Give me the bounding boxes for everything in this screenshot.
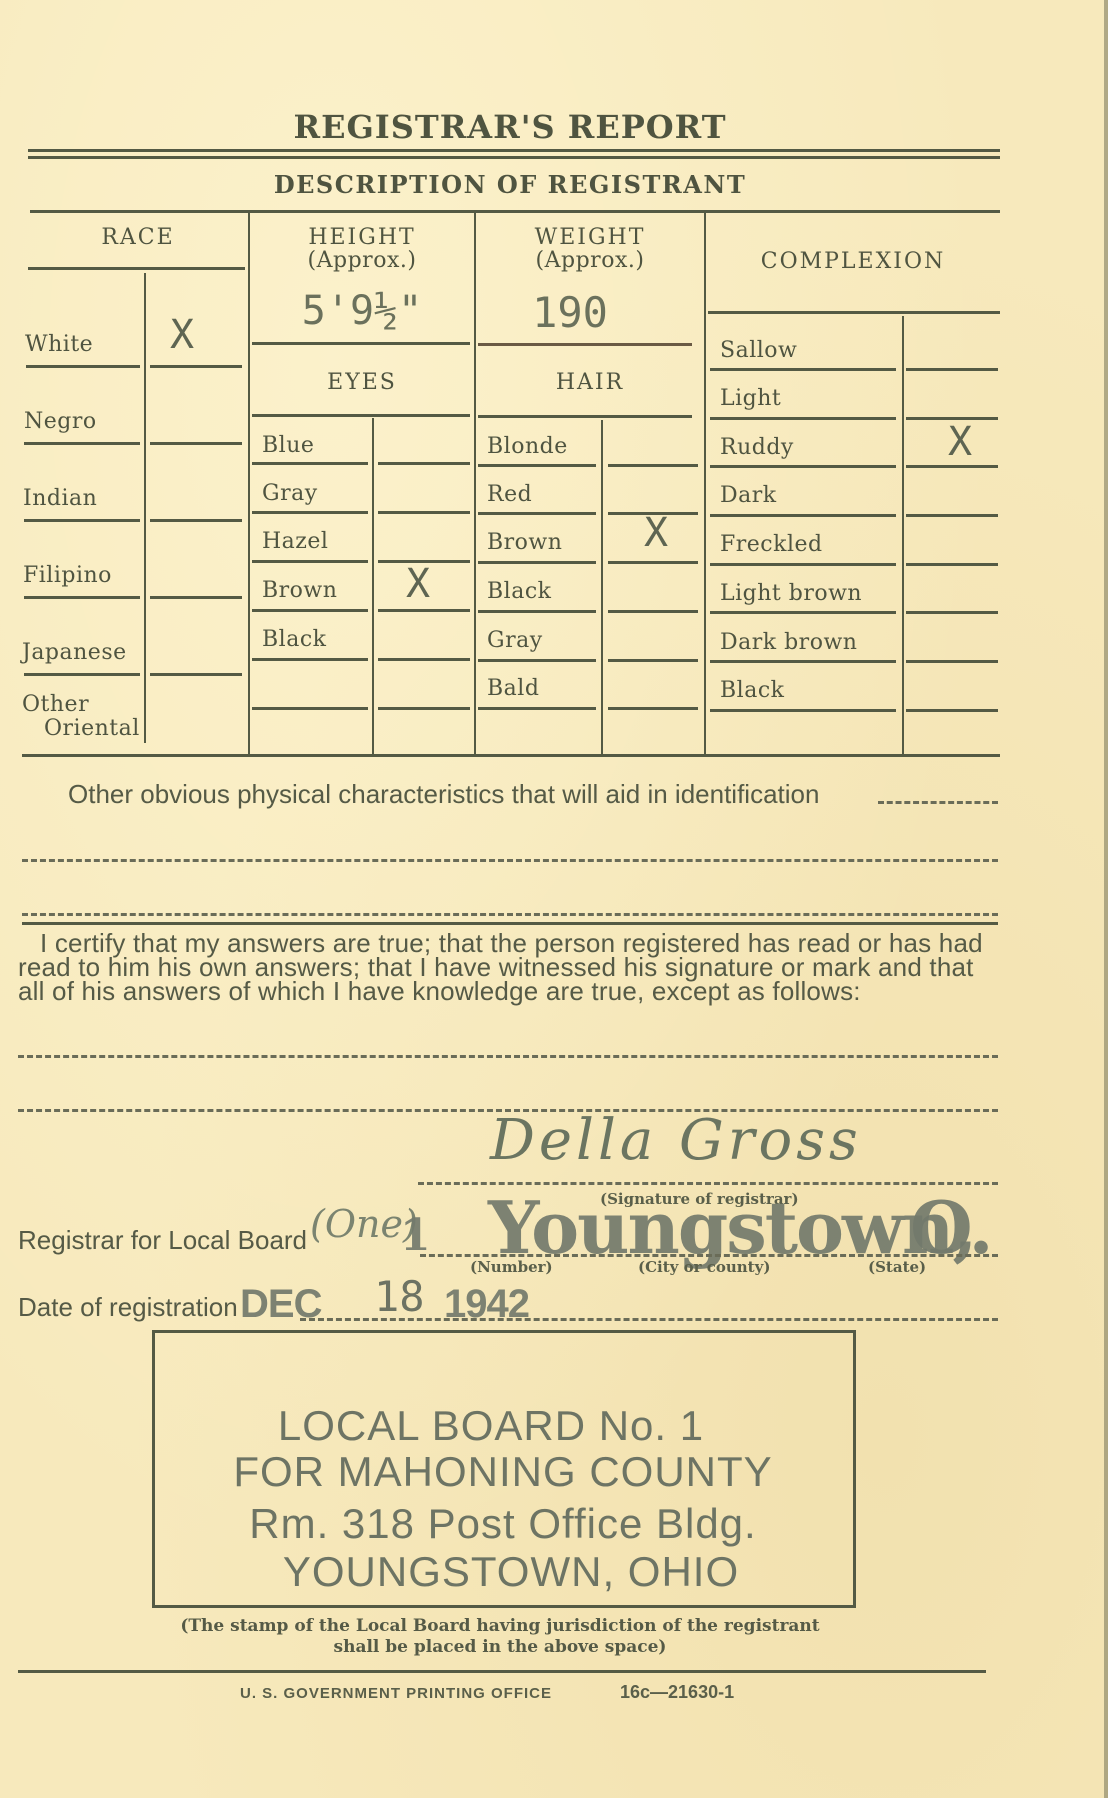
race-filipino-label: Filipino	[23, 563, 112, 588]
hair-row-rule	[478, 610, 596, 613]
complexion-ruddy-label: Ruddy	[720, 435, 794, 460]
hair-red-label: Red	[487, 482, 532, 507]
stamp-line-3: Rm. 318 Post Office Bldg.	[152, 1500, 854, 1548]
hair-row-rule	[478, 659, 596, 662]
eyes-brown-label: Brown	[262, 578, 337, 603]
weight-approx-label: (Approx.)	[476, 249, 704, 273]
complexion-sallow-label: Sallow	[720, 338, 797, 363]
other-characteristics-line-2[interactable]	[22, 859, 998, 862]
eyes-gray-label: Gray	[262, 481, 318, 506]
race-header-rule	[28, 267, 245, 270]
title-double-rule-top	[28, 149, 1000, 152]
local-board-label: Registrar for Local Board	[18, 1225, 307, 1256]
complexion-row-rule	[906, 660, 998, 663]
race-row-rule	[150, 673, 242, 676]
section-title: DESCRIPTION OF REGISTRANT	[0, 170, 1020, 199]
complexion-row-rule	[710, 368, 896, 371]
weight-value-rule	[478, 343, 692, 346]
hair-row-rule	[608, 464, 698, 467]
complexion-row-rule	[906, 368, 998, 371]
complexion-inner-divider	[902, 316, 904, 754]
hair-row-rule	[608, 561, 698, 564]
registration-date-day[interactable]: 18	[374, 1272, 425, 1321]
hair-inner-divider	[601, 420, 603, 754]
race-other-oriental-label-line1: Other	[22, 692, 89, 717]
complexion-dark-label: Dark	[720, 483, 777, 508]
complexion-row-rule	[710, 611, 896, 614]
eyes-row-rule	[252, 609, 368, 612]
stamp-caption-1: (The stamp of the Local Board having jur…	[0, 1616, 1000, 1636]
hair-row-rule	[608, 707, 698, 710]
exceptions-line-1[interactable]	[18, 1055, 998, 1058]
hair-row-rule	[478, 464, 596, 467]
complexion-row-rule	[906, 465, 998, 468]
race-row-rule	[150, 596, 242, 599]
other-characteristics-label: Other obvious physical characteristics t…	[68, 779, 819, 810]
weight-header: WEIGHT	[476, 226, 704, 250]
weight-value[interactable]: 190	[490, 288, 650, 337]
caption-city: (City or county)	[638, 1258, 770, 1276]
eyes-header-rule	[252, 414, 470, 417]
table-top-rule	[30, 210, 1000, 213]
hair-gray-label: Gray	[487, 628, 543, 653]
hair-row-rule	[608, 659, 698, 662]
hair-header-rule	[478, 415, 692, 418]
stamp-line-4: YOUNGSTOWN, OHIO	[160, 1548, 862, 1596]
race-inner-divider	[144, 273, 146, 743]
hair-row-rule	[478, 561, 596, 564]
race-row-rule	[24, 596, 140, 599]
hair-bald-label: Bald	[487, 676, 539, 701]
registrar-signature: Della Gross	[490, 1108, 862, 1173]
hair-row-rule	[478, 707, 596, 710]
race-row-rule	[150, 519, 242, 522]
eyes-brown-mark[interactable]: X	[388, 561, 448, 607]
eyes-row-rule	[252, 658, 368, 661]
race-negro-label: Negro	[24, 409, 97, 434]
hair-header: HAIR	[476, 371, 704, 395]
race-row-rule	[150, 365, 242, 368]
eyes-header: EYES	[250, 371, 474, 395]
eyes-blue-label: Blue	[262, 433, 314, 458]
stamp-line-2: FOR MAHONING COUNTY	[152, 1448, 854, 1496]
race-header: RACE	[28, 226, 248, 250]
complexion-dark-brown-label: Dark brown	[720, 630, 857, 655]
complexion-row-rule	[906, 611, 998, 614]
eyes-black-label: Black	[262, 627, 326, 652]
page-edge	[1104, 0, 1108, 1798]
race-white-label: White	[25, 332, 93, 357]
complexion-light-brown-label: Light brown	[720, 581, 862, 606]
complexion-freckled-label: Freckled	[720, 532, 823, 557]
footer-printer: U. S. GOVERNMENT PRINTING OFFICE	[240, 1685, 552, 1702]
eyes-row-rule	[378, 511, 470, 514]
divider-height-weight	[474, 213, 476, 755]
eyes-row-rule	[252, 560, 368, 563]
race-row-rule	[26, 365, 140, 368]
complexion-row-rule	[906, 514, 998, 517]
hair-row-rule	[478, 512, 596, 515]
complexion-header: COMPLEXION	[706, 250, 1000, 274]
complexion-row-rule	[710, 514, 896, 517]
race-row-rule	[24, 673, 140, 676]
hair-row-rule	[608, 610, 698, 613]
other-characteristics-line-3[interactable]	[22, 913, 998, 916]
race-white-mark[interactable]: X	[152, 312, 212, 358]
divider-weight-complexion	[704, 213, 706, 755]
local-board-line	[420, 1254, 998, 1257]
complexion-row-rule	[710, 709, 896, 712]
title-double-rule-bottom	[28, 156, 1000, 159]
race-other-oriental-label-line2: Oriental	[44, 716, 140, 741]
eyes-row-rule	[252, 462, 368, 465]
registration-date-label: Date of registration	[18, 1292, 238, 1323]
eyes-row-rule	[252, 707, 368, 710]
stamp-line-1: LOCAL BOARD No. 1	[140, 1402, 842, 1450]
race-japanese-label: Japanese	[22, 640, 127, 665]
complexion-row-rule	[710, 465, 896, 468]
complexion-row-rule	[710, 660, 896, 663]
complexion-row-rule	[710, 417, 896, 420]
table-bottom-rule	[22, 754, 1000, 757]
other-characteristics-inline-line[interactable]	[878, 801, 998, 804]
race-row-rule	[150, 442, 242, 445]
certification-line-3: all of his answers of which I have knowl…	[18, 976, 861, 1007]
complexion-row-rule	[906, 563, 998, 566]
height-approx-label: (Approx.)	[250, 249, 474, 273]
footer-form-code: 16c—21630-1	[620, 1682, 734, 1703]
complexion-header-rule	[708, 311, 1000, 314]
eyes-row-rule	[378, 707, 470, 710]
race-row-rule	[24, 519, 140, 522]
hair-blonde-label: Blonde	[487, 434, 568, 459]
footer-rule	[18, 1670, 986, 1673]
complexion-light-label: Light	[720, 386, 781, 411]
eyes-hazel-label: Hazel	[262, 529, 328, 554]
complexion-ruddy-mark[interactable]: X	[930, 419, 990, 465]
hair-brown-mark[interactable]: X	[626, 510, 686, 556]
eyes-row-rule	[378, 609, 470, 612]
height-value-rule	[252, 342, 470, 345]
hair-brown-label: Brown	[487, 530, 562, 555]
hair-black-label: Black	[487, 579, 551, 604]
eyes-inner-divider	[372, 418, 374, 754]
complexion-black-label: Black	[720, 678, 784, 703]
complexion-row-rule	[906, 709, 998, 712]
height-header: HEIGHT	[250, 226, 474, 250]
race-indian-label: Indian	[23, 486, 97, 511]
caption-number: (Number)	[470, 1258, 553, 1276]
report-title: REGISTRAR'S REPORT	[0, 108, 1020, 146]
height-value[interactable]: 5'9½"	[250, 288, 474, 334]
complexion-row-rule	[710, 563, 896, 566]
certification-top-rule	[22, 922, 998, 925]
stamp-caption-2: shall be placed in the above space)	[0, 1637, 1000, 1657]
eyes-row-rule	[378, 462, 470, 465]
eyes-row-rule	[378, 658, 470, 661]
eyes-row-rule	[252, 511, 368, 514]
caption-state: (State)	[868, 1258, 926, 1276]
race-row-rule	[24, 442, 140, 445]
registration-date-line	[300, 1318, 998, 1321]
